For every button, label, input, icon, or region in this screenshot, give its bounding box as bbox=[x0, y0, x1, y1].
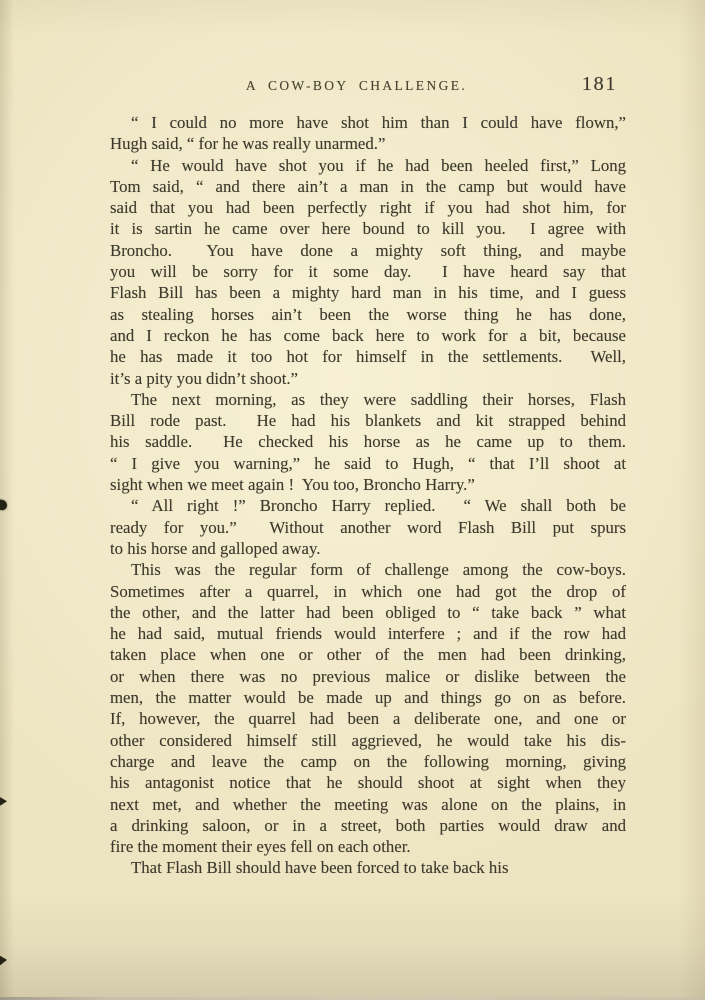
text-line: men, the matter would be made up and thi… bbox=[110, 687, 626, 708]
body-text: “ I could no more have shot him than I c… bbox=[110, 112, 626, 879]
text-line: ready for you.” Without another word Fla… bbox=[110, 517, 626, 538]
text-line: Tom said, “ and there ain’t a man in the… bbox=[110, 176, 626, 197]
text-line: or when there was no previous malice or … bbox=[110, 666, 626, 687]
text-line: fire the moment their eyes fell on each … bbox=[110, 836, 626, 857]
text-line: and I reckon he has come back here to wo… bbox=[110, 325, 626, 346]
text-line: as stealing horses ain’t been the worse … bbox=[110, 304, 626, 325]
text-line: his antagonist notice that he should sho… bbox=[110, 772, 626, 793]
text-line: Flash Bill has been a mighty hard man in… bbox=[110, 282, 626, 303]
text-line: you will be sorry for it some day. I hav… bbox=[110, 261, 626, 282]
text-line: said that you had been perfectly right i… bbox=[110, 197, 626, 218]
text-line: it is sartin he came over here bound to … bbox=[110, 218, 626, 239]
page-number: 181 bbox=[582, 73, 617, 96]
paragraph: That Flash Bill should have been forced … bbox=[110, 857, 626, 878]
text-line: he had said, mutual friends would interf… bbox=[110, 623, 626, 644]
book-page: A COW-BOY CHALLENGE. 181 “ I could no mo… bbox=[0, 0, 705, 1000]
text-line: a drinking saloon, or in a street, both … bbox=[110, 815, 626, 836]
text-line: charge and leave the camp on the followi… bbox=[110, 751, 626, 772]
text-line: “ He would have shot you if he had been … bbox=[110, 155, 626, 176]
paragraph: “ I could no more have shot him than I c… bbox=[110, 112, 626, 155]
text-line: his saddle. He checked his horse as he c… bbox=[110, 431, 626, 452]
text-line: “ I give you warning,” he said to Hugh, … bbox=[110, 453, 626, 474]
paragraph: The next morning, as they were saddling … bbox=[110, 389, 626, 495]
text-line: The next morning, as they were saddling … bbox=[110, 389, 626, 410]
text-line: the other, and the latter had been oblig… bbox=[110, 602, 626, 623]
text-line: it’s a pity you didn’t shoot.” bbox=[110, 368, 626, 389]
ink-speck bbox=[0, 796, 7, 807]
text-line: Hugh said, “ for he was really unarmed.” bbox=[110, 133, 626, 154]
text-line: That Flash Bill should have been forced … bbox=[110, 857, 626, 878]
paragraph: “ All right !” Broncho Harry replied. “ … bbox=[110, 495, 626, 559]
text-line: next met, and whether the meeting was al… bbox=[110, 794, 626, 815]
text-line: to his horse and galloped away. bbox=[110, 538, 626, 559]
paragraph: “ He would have shot you if he had been … bbox=[110, 155, 626, 389]
text-line: he has made it too hot for himself in th… bbox=[110, 346, 626, 367]
text-line: “ All right !” Broncho Harry replied. “ … bbox=[110, 495, 626, 516]
text-line: Sometimes after a quarrel, in which one … bbox=[110, 581, 626, 602]
text-line: taken place when one or other of the men… bbox=[110, 644, 626, 665]
text-line: This was the regular form of challenge a… bbox=[110, 559, 626, 580]
chapter-title: A COW-BOY CHALLENGE. bbox=[99, 78, 614, 94]
text-line: Bill rode past. He had his blankets and … bbox=[110, 410, 626, 431]
paragraph: This was the regular form of challenge a… bbox=[110, 559, 626, 857]
ink-speck bbox=[0, 954, 7, 967]
text-line: “ I could no more have shot him than I c… bbox=[110, 112, 626, 133]
ink-speck bbox=[0, 499, 8, 511]
text-line: other considered himself still aggrieved… bbox=[110, 730, 626, 751]
text-line: If, however, the quarrel had been a deli… bbox=[110, 708, 626, 729]
text-line: sight when we meet again ! You too, Bron… bbox=[110, 474, 626, 495]
running-head: A COW-BOY CHALLENGE. 181 bbox=[110, 78, 625, 102]
text-line: Broncho. You have done a mighty soft thi… bbox=[110, 240, 626, 261]
